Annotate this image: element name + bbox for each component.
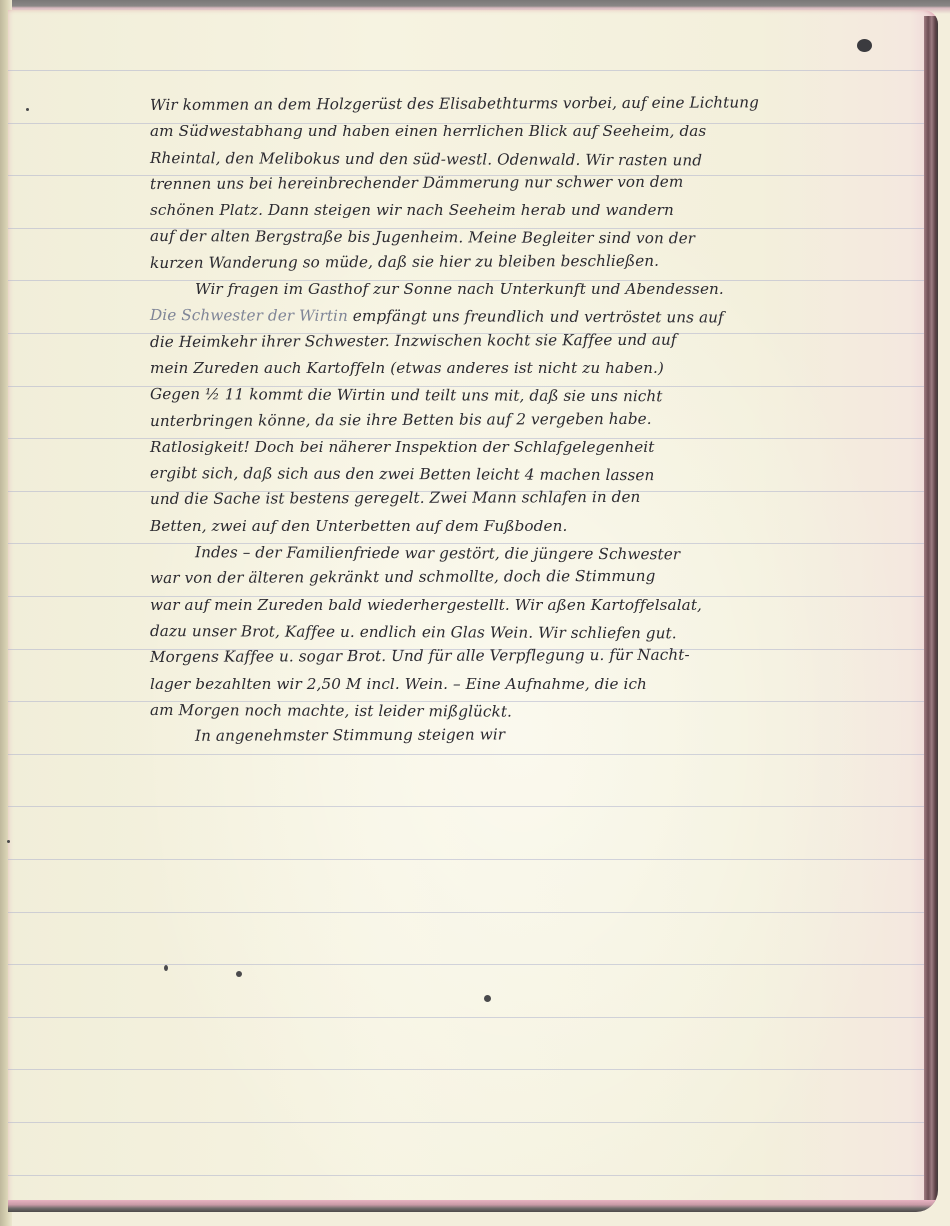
ruled-line	[8, 912, 938, 913]
handwritten-line: kurzen Wanderung so müde, daß sie hier z…	[150, 246, 910, 276]
scanned-notebook-page: Wir kommen an dem Holzgerüst des Elisabe…	[0, 0, 950, 1226]
handwritten-line: Betten, zwei auf den Unterbetten auf dem…	[150, 513, 910, 539]
ink-speck	[7, 840, 10, 843]
handwritten-line: schönen Platz. Dann steigen wir nach See…	[150, 197, 910, 223]
ruled-line	[8, 964, 938, 965]
ruled-line	[8, 859, 938, 860]
handwritten-line: Ratlosigkeit! Doch bei näherer Inspektio…	[150, 434, 910, 460]
ruled-line	[8, 1017, 938, 1018]
faded-ink-text: Die Schwester der Wirtin	[150, 306, 348, 325]
ink-speck	[484, 995, 491, 1002]
page-edge-bottom	[8, 1200, 938, 1212]
handwritten-line: am Südwestabhang und haben einen herrlic…	[150, 118, 910, 144]
ruled-line	[8, 754, 938, 755]
ink-text: empfängt uns freundlich und vertröstet u…	[348, 307, 724, 327]
handwritten-line: war von der älteren gekränkt und schmoll…	[150, 562, 910, 592]
ruled-line	[8, 1069, 938, 1070]
ink-speck	[26, 108, 29, 111]
handwritten-line: die Heimkehr ihrer Schwester. Inzwischen…	[150, 325, 910, 355]
handwritten-line: und die Sache ist bestens geregelt. Zwei…	[150, 483, 910, 513]
handwritten-line: Morgens Kaffee u. sogar Brot. Und für al…	[150, 641, 910, 671]
ink-blot-icon	[857, 39, 872, 52]
handwritten-line: mein Zureden auch Kartoffeln (etwas ande…	[150, 355, 910, 381]
handwritten-line: lager bezahlten wir 2,50 M incl. Wein. –…	[150, 671, 910, 697]
page-edge-right	[924, 16, 938, 1212]
ruled-line	[8, 806, 938, 807]
handwritten-line: trennen uns bei hereinbrechender Dämmeru…	[150, 168, 910, 198]
handwritten-line: unterbringen könne, da sie ihre Betten b…	[150, 404, 910, 434]
handwritten-line: Wir fragen im Gasthof zur Sonne nach Unt…	[150, 276, 910, 302]
ruled-line	[8, 70, 938, 71]
ink-speck	[164, 965, 168, 971]
handwritten-line: In angenehmster Stimmung steigen wir	[150, 720, 910, 750]
handwritten-diary-text: Wir kommen an dem Holzgerüst des Elisabe…	[150, 92, 910, 749]
ruled-line	[8, 1175, 938, 1176]
ruled-line	[8, 1122, 938, 1123]
handwritten-line: Wir kommen an dem Holzgerüst des Elisabe…	[150, 89, 910, 119]
handwritten-line: war auf mein Zureden bald wiederhergeste…	[150, 592, 910, 618]
ink-speck	[236, 971, 242, 977]
